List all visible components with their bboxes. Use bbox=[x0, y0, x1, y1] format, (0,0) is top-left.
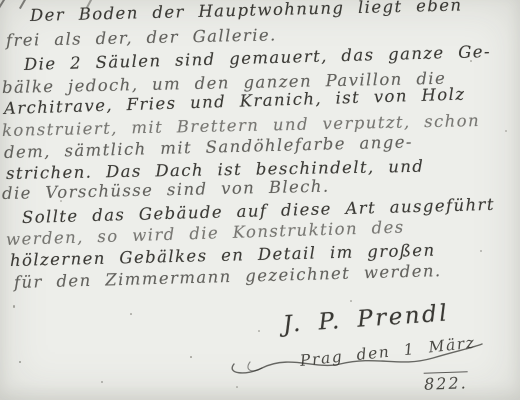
foxing-spot bbox=[258, 330, 260, 332]
foxing-spot bbox=[60, 200, 62, 202]
foxing-spot bbox=[190, 356, 192, 358]
foxing-spot bbox=[470, 60, 472, 62]
corner-stroke bbox=[19, 0, 27, 9]
foxing-spot bbox=[13, 305, 15, 308]
foxing-spot bbox=[505, 130, 507, 132]
foxing-spot bbox=[350, 300, 352, 302]
manuscript-page: Der Boden der Hauptwohnung liegt eben fr… bbox=[0, 0, 520, 400]
foxing-spot bbox=[236, 386, 238, 388]
foxing-spot bbox=[480, 250, 482, 252]
handwritten-line: frei als der, der Gallerie. bbox=[6, 25, 277, 50]
foxing-spot bbox=[101, 381, 103, 383]
handwritten-line: Der Boden der Hauptwohnung liegt eben bbox=[30, 0, 463, 25]
signature: J. P. Prendl bbox=[282, 300, 450, 338]
foxing-spot bbox=[130, 313, 132, 315]
corner-stroke bbox=[0, 0, 5, 12]
foxing-spot bbox=[19, 361, 21, 363]
year: 822. bbox=[424, 371, 468, 394]
